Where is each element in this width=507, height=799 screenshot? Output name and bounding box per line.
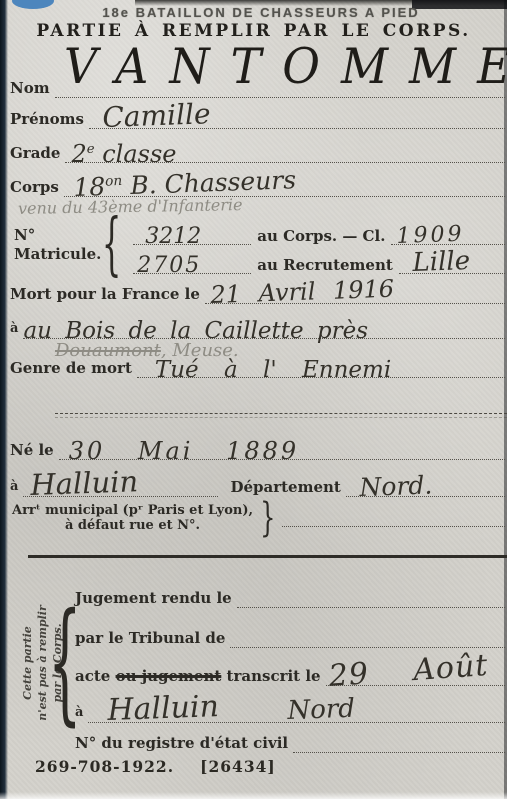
matricule-corps-seg: 3212	[133, 226, 251, 245]
grade-label: Grade	[10, 143, 65, 163]
matricule-recrutement-seg: 2705	[133, 255, 251, 274]
prenoms-value: Camille	[102, 97, 211, 134]
side-note-line1: Cette partie	[20, 582, 35, 744]
genre-mort-label: Genre de mort	[10, 358, 137, 378]
field-matricule: N° Matricule. { 3212 au Corps. — Cl. 190…	[14, 215, 505, 275]
field-jugement: Jugement rendu le	[75, 587, 505, 608]
print-code: 269-708-1922.	[35, 757, 174, 776]
naissance-line: 30 Mai 1889	[59, 439, 505, 460]
arrondissement-brace: }	[260, 500, 275, 536]
naissance-label: Né le	[10, 440, 59, 460]
matricule-classe-value: 1909	[397, 222, 466, 249]
lieu-naissance-label: à	[10, 477, 23, 497]
matricule-label-word: Matricule.	[14, 245, 90, 264]
acte-label: acte ou jugement transcrit le	[75, 666, 326, 686]
matricule-brace: {	[102, 215, 121, 275]
acte-label-struck: ou jugement	[116, 667, 222, 685]
corps-line: 18on B. Chasseurs	[64, 176, 505, 197]
lieu-transcription-value: Halluin	[107, 689, 220, 728]
tribunal-label: par le Tribunal de	[75, 628, 230, 648]
matricule-row-recrutement: 2705 au Recrutement Lille	[133, 245, 505, 274]
jugement-label: Jugement rendu le	[75, 588, 237, 608]
lieu-mort-label: à	[10, 319, 23, 339]
matricule-recrutement-place-seg: Lille	[399, 255, 505, 274]
mort-value: 21 Avril 1916	[210, 275, 394, 309]
departement-value: Nord.	[359, 470, 433, 502]
field-prenoms: Prénoms Camille	[10, 108, 505, 129]
field-mort: Mort pour la France le 21 Avril 1916	[10, 283, 505, 304]
death-record-card: 18e BATAILLON DE CHASSEURS A PIED PARTIE…	[0, 0, 507, 799]
section-divider-heavy	[28, 555, 507, 558]
matricule-recrutement-number: 2705	[137, 253, 201, 278]
lieu-transcription-label: à	[75, 703, 88, 723]
arrondissement-label: Arrᵗ municipal (pʳ Paris et Lyon), à déf…	[12, 503, 253, 533]
scan-bottom-edge	[0, 792, 507, 799]
print-reference: 269-708-1922.[26434]	[35, 757, 302, 776]
lieu-mort-line: au Bois de la Caillette près	[23, 318, 505, 339]
matricule-classe-seg: 1909	[391, 226, 505, 245]
field-tribunal: par le Tribunal de	[75, 627, 505, 648]
registre-line	[293, 732, 505, 753]
matricule-corps-number: 3212	[145, 224, 201, 249]
lieu-transcription-dept: Nord	[287, 694, 355, 726]
lieu-naissance-value: Halluin	[30, 464, 139, 502]
corps-label: Corps	[10, 177, 64, 197]
jugement-line	[237, 587, 505, 608]
field-lieu-transcription: à Halluin Nord	[75, 702, 505, 723]
matricule-label-no: N°	[14, 226, 90, 245]
grade-line: 2e classe	[65, 142, 505, 163]
grade-value: 2e classe	[71, 140, 176, 168]
field-arrondissement: Arrᵗ municipal (pʳ Paris et Lyon), à déf…	[12, 500, 505, 536]
bracket-number: [26434]	[200, 757, 276, 776]
prenoms-label: Prénoms	[10, 109, 89, 129]
departement-label: Département	[218, 477, 345, 497]
nom-value: VANTOMME	[64, 40, 507, 93]
arrondissement-label-line1: Arrᵗ municipal (pʳ Paris et Lyon),	[12, 503, 253, 518]
field-genre-mort: Genre de mort Tué à l' Ennemi	[10, 357, 505, 378]
arrondissement-line	[282, 510, 505, 527]
scan-left-border	[0, 0, 8, 799]
matricule-recrutement-value: Lille	[412, 246, 471, 278]
unit-stamp: 18e BATAILLON DE CHASSEURS A PIED	[40, 5, 482, 20]
naissance-value: 30 Mai 1889	[69, 437, 299, 465]
lieu-naissance-line: Halluin	[23, 476, 218, 497]
field-grade: Grade 2e classe	[10, 142, 505, 163]
prenoms-line: Camille	[89, 108, 505, 129]
acte-line: 29 Août 1919	[326, 665, 505, 686]
matricule-recrutement-text: au Recrutement	[251, 256, 399, 274]
tribunal-line	[230, 627, 505, 648]
field-lieu-mort: à au Bois de la Caillette près	[10, 318, 505, 339]
genre-mort-line: Tué à l' Ennemi	[137, 357, 505, 378]
arrondissement-label-line2: à défaut rue et N°.	[12, 518, 253, 533]
field-naissance: Né le 30 Mai 1889	[10, 439, 505, 460]
section-divider-dashed	[55, 413, 507, 418]
field-corps: Corps 18on B. Chasseurs	[10, 176, 505, 197]
mort-label: Mort pour la France le	[10, 284, 205, 304]
matricule-row-corps: 3212 au Corps. — Cl. 1909	[133, 216, 505, 245]
departement-line: Nord.	[346, 476, 505, 497]
nom-label: Nom	[10, 78, 55, 98]
lieu-transcription-line: Halluin Nord	[88, 702, 505, 723]
registre-label: N° du registre d'état civil	[75, 733, 293, 753]
field-lieu-naissance: à Halluin Département Nord.	[10, 476, 505, 497]
field-registre: N° du registre d'état civil	[75, 732, 505, 753]
matricule-corps-text: au Corps. — Cl.	[251, 227, 391, 245]
field-acte-transcrit: acte ou jugement transcrit le 29 Août 19…	[75, 665, 505, 686]
genre-mort-value: Tué à l' Ennemi	[155, 357, 391, 383]
mort-line: 21 Avril 1916	[205, 283, 505, 304]
matricule-rows: 3212 au Corps. — Cl. 1909 2705 au Recrut…	[133, 216, 505, 274]
matricule-label: N° Matricule.	[14, 226, 90, 264]
